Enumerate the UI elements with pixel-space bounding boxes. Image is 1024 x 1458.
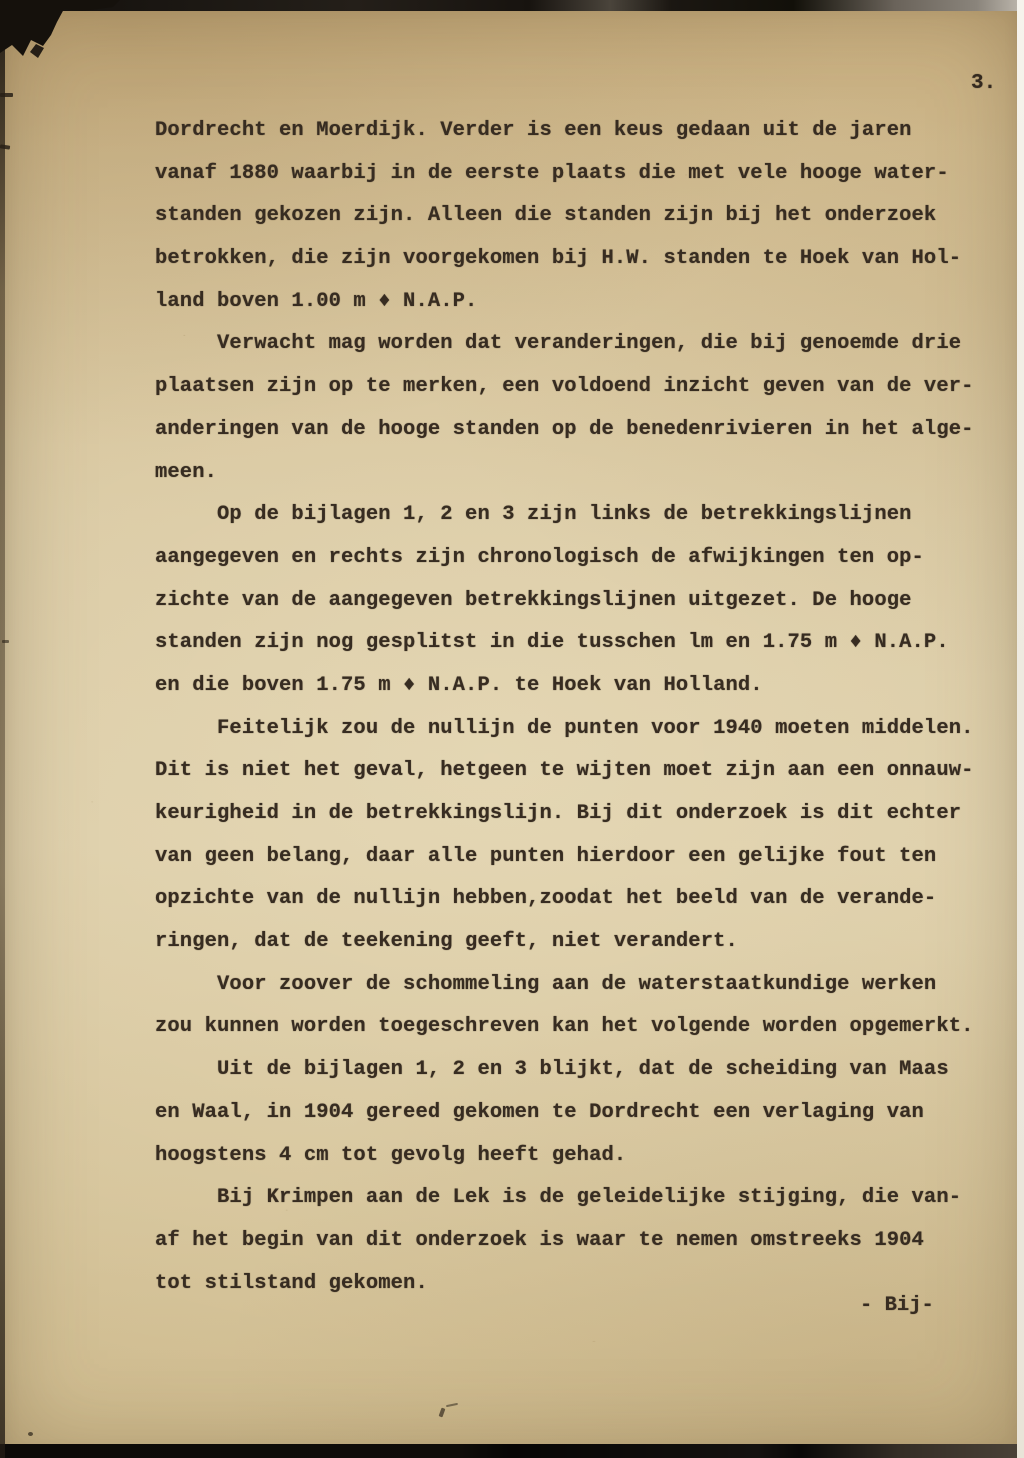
page-number: 3.: [971, 72, 996, 95]
text-line: en Waal, in 1904 gereed gekomen te Dordr…: [155, 1092, 1015, 1135]
scan-edge-right: [1017, 0, 1024, 1458]
scan-edge-bottom: [0, 1444, 1024, 1458]
text-line: Op de bijlagen 1, 2 en 3 zijn links de b…: [155, 494, 1015, 537]
typewritten-text-block: Dordrecht en Moerdijk. Verder is een keu…: [155, 110, 1015, 1305]
text-line: anderingen van de hooge standen op de be…: [155, 409, 1015, 452]
paper-speck: [28, 1432, 33, 1436]
document-page: 3. Dordrecht en Moerdijk. Verder is een …: [0, 0, 1024, 1458]
text-line: ringen, dat de teekening geeft, niet ver…: [155, 921, 1015, 964]
edge-mark: [0, 93, 13, 97]
paper-speck: [439, 1408, 446, 1418]
text-line: opzichte van de nullijn hebben,zoodat he…: [155, 878, 1015, 921]
text-line: betrokken, die zijn voorgekomen bij H.W.…: [155, 238, 1015, 281]
paper-speck: [446, 1403, 458, 1407]
catchword: - Bij-: [860, 1294, 934, 1317]
text-line: standen gekozen zijn. Alleen die standen…: [155, 195, 1015, 238]
text-line: land boven 1.00 m ♦ N.A.P.: [155, 281, 1015, 324]
text-line: Dit is niet het geval, hetgeen te wijten…: [155, 750, 1015, 793]
text-line: van geen belang, daar alle punten hierdo…: [155, 836, 1015, 879]
text-line: standen zijn nog gesplitst in die tussch…: [155, 622, 1015, 665]
text-line: keurigheid in de betrekkingslijn. Bij di…: [155, 793, 1015, 836]
torn-corner-blob: [0, 0, 140, 75]
text-line: af het begin van dit onderzoek is waar t…: [155, 1220, 1015, 1263]
text-line: plaatsen zijn op te merken, een voldoend…: [155, 366, 1015, 409]
text-line: meen.: [155, 452, 1015, 495]
text-line: hoogstens 4 cm tot gevolg heeft gehad.: [155, 1135, 1015, 1178]
text-line: Dordrecht en Moerdijk. Verder is een keu…: [155, 110, 1015, 153]
text-line: zichte van de aangegeven betrekkingslijn…: [155, 580, 1015, 623]
scan-edge-left: [0, 0, 5, 1458]
text-line: en die boven 1.75 m ♦ N.A.P. te Hoek van…: [155, 665, 1015, 708]
text-line: Voor zoover de schommeling aan de waters…: [155, 964, 1015, 1007]
text-line: zou kunnen worden toegeschreven kan het …: [155, 1006, 1015, 1049]
text-line: Feitelijk zou de nullijn de punten voor …: [155, 708, 1015, 751]
scan-edge-top: [0, 0, 1017, 11]
text-line: aangegeven en rechts zijn chronologisch …: [155, 537, 1015, 580]
edge-mark: [2, 640, 9, 643]
text-line: Verwacht mag worden dat veranderingen, d…: [155, 323, 1015, 366]
text-line: Uit de bijlagen 1, 2 en 3 blijkt, dat de…: [155, 1049, 1015, 1092]
text-line: Bij Krimpen aan de Lek is de geleidelijk…: [155, 1177, 1015, 1220]
text-line: vanaf 1880 waarbij in de eerste plaats d…: [155, 153, 1015, 196]
